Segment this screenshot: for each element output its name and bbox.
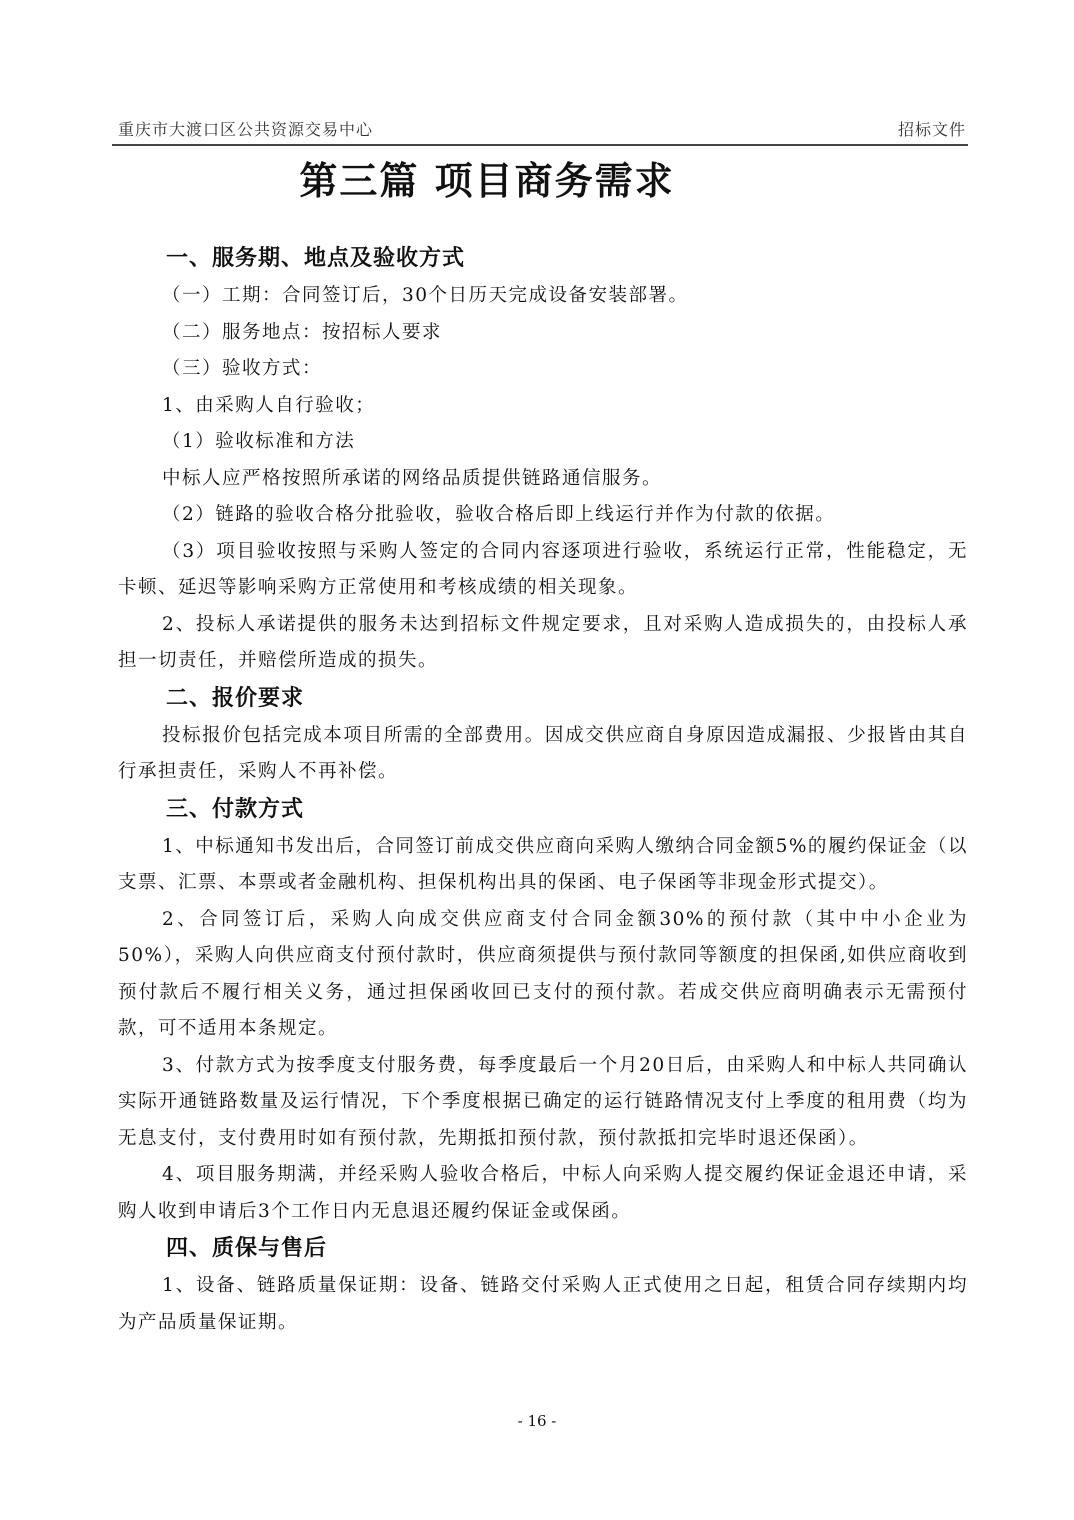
paragraph: 投标报价包括完成本项目所需的全部费用。因成交供应商自身原因造成漏报、少报皆由其自… bbox=[118, 718, 968, 791]
paragraph: 1、由采购人自行验收； bbox=[118, 388, 968, 425]
page-header: 重庆市大渡口区公共资源交易中心 招标文件 bbox=[118, 117, 966, 139]
header-doc-type: 招标文件 bbox=[898, 117, 966, 140]
paragraph: （一）工期：合同签订后，30个日历天完成设备安装部署。 bbox=[118, 278, 968, 315]
header-organization: 重庆市大渡口区公共资源交易中心 bbox=[118, 117, 373, 140]
paragraph: （2）链路的验收合格分批验收，验收合格后即上线运行并作为付款的依据。 bbox=[118, 497, 968, 534]
paragraph: 1、设备、链路质量保证期：设备、链路交付采购人正式使用之日起，租赁合同存续期内均… bbox=[118, 1268, 968, 1341]
paragraph: （三）验收方式： bbox=[118, 351, 968, 388]
page-title: 第三篇 项目商务需求 bbox=[0, 150, 974, 205]
paragraph: 中标人应严格按照所承诺的网络品质提供链路通信服务。 bbox=[118, 461, 968, 498]
paragraph: 4、项目服务期满，并经采购人验收合格后，中标人向采购人提交履约保证金退还申请，采… bbox=[118, 1157, 968, 1230]
paragraph: 2、投标人承诺提供的服务未达到招标文件规定要求，且对采购人造成损失的，由投标人承… bbox=[118, 607, 968, 680]
header-divider bbox=[112, 144, 968, 146]
document-body: 一、服务期、地点及验收方式 （一）工期：合同签订后，30个日历天完成设备安装部署… bbox=[118, 240, 968, 1341]
section-heading: 二、报价要求 bbox=[118, 680, 968, 718]
section-heading: 三、付款方式 bbox=[118, 791, 968, 829]
section-heading: 四、质保与售后 bbox=[118, 1230, 968, 1268]
paragraph: 2、合同签订后，采购人向成交供应商支付合同金额30%的预付款（其中中小企业为50… bbox=[118, 902, 968, 1048]
paragraph: 1、中标通知书发出后，合同签订前成交供应商向采购人缴纳合同金额5%的履约保证金（… bbox=[118, 829, 968, 902]
section-heading: 一、服务期、地点及验收方式 bbox=[118, 240, 968, 278]
paragraph: （二）服务地点：按招标人要求 bbox=[118, 315, 968, 352]
paragraph: （1）验收标准和方法 bbox=[118, 424, 968, 461]
paragraph: （3）项目验收按照与采购人签定的合同内容逐项进行验收，系统运行正常，性能稳定，无… bbox=[118, 534, 968, 607]
page-number: - 16 - bbox=[0, 1412, 1074, 1430]
paragraph: 3、付款方式为按季度支付服务费，每季度最后一个月20日后，由采购人和中标人共同确… bbox=[118, 1048, 968, 1158]
